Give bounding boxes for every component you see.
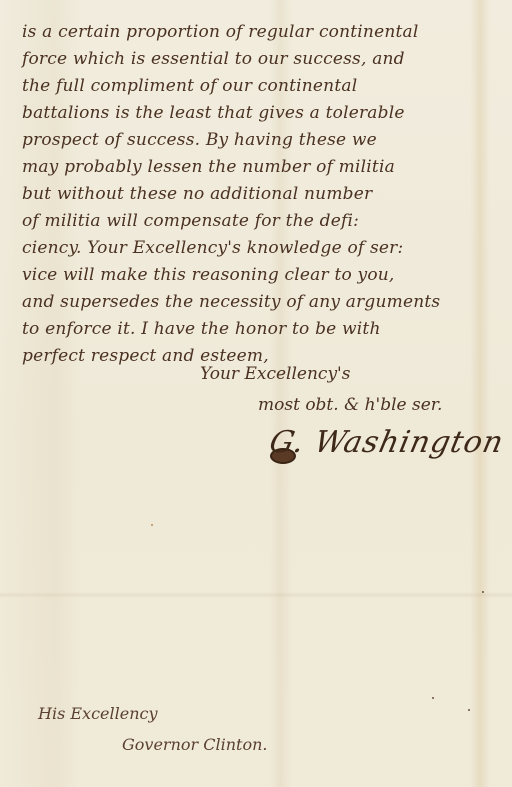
address-line-2: Governor Clinton. (122, 735, 267, 754)
paper-speck (482, 591, 484, 593)
paper-speck (468, 709, 470, 711)
body-line: is a certain proportion of regular conti… (22, 22, 419, 42)
paper-fold-line (0, 592, 512, 598)
body-line: vice will make this reasoning clear to y… (22, 265, 395, 285)
body-line: the full compliment of our continental (22, 76, 357, 96)
paper-speck (151, 524, 153, 526)
body-line: to enforce it. I have the honor to be wi… (22, 319, 381, 339)
body-line: prospect of success. By having these we (22, 130, 377, 150)
paper-speck (432, 697, 434, 699)
body-line: and supersedes the necessity of any argu… (22, 292, 440, 312)
body-line: but without these no additional number (22, 184, 372, 204)
body-line: may probably lessen the number of militi… (22, 157, 395, 177)
signature: G. Washington (266, 425, 507, 460)
address-line-1: His Excellency (38, 704, 158, 723)
body-line: perfect respect and esteem, (22, 346, 269, 366)
body-line: battalions is the least that gives a tol… (22, 103, 405, 123)
closing-salutation: Your Excellency's (200, 364, 350, 384)
body-line: ciency. Your Excellency's knowledge of s… (22, 238, 403, 258)
body-line: force which is essential to our success,… (22, 49, 405, 69)
closing-valediction: most obt. & h'ble ser. (258, 395, 442, 415)
body-line: of militia will compensate for the defi: (22, 211, 359, 231)
